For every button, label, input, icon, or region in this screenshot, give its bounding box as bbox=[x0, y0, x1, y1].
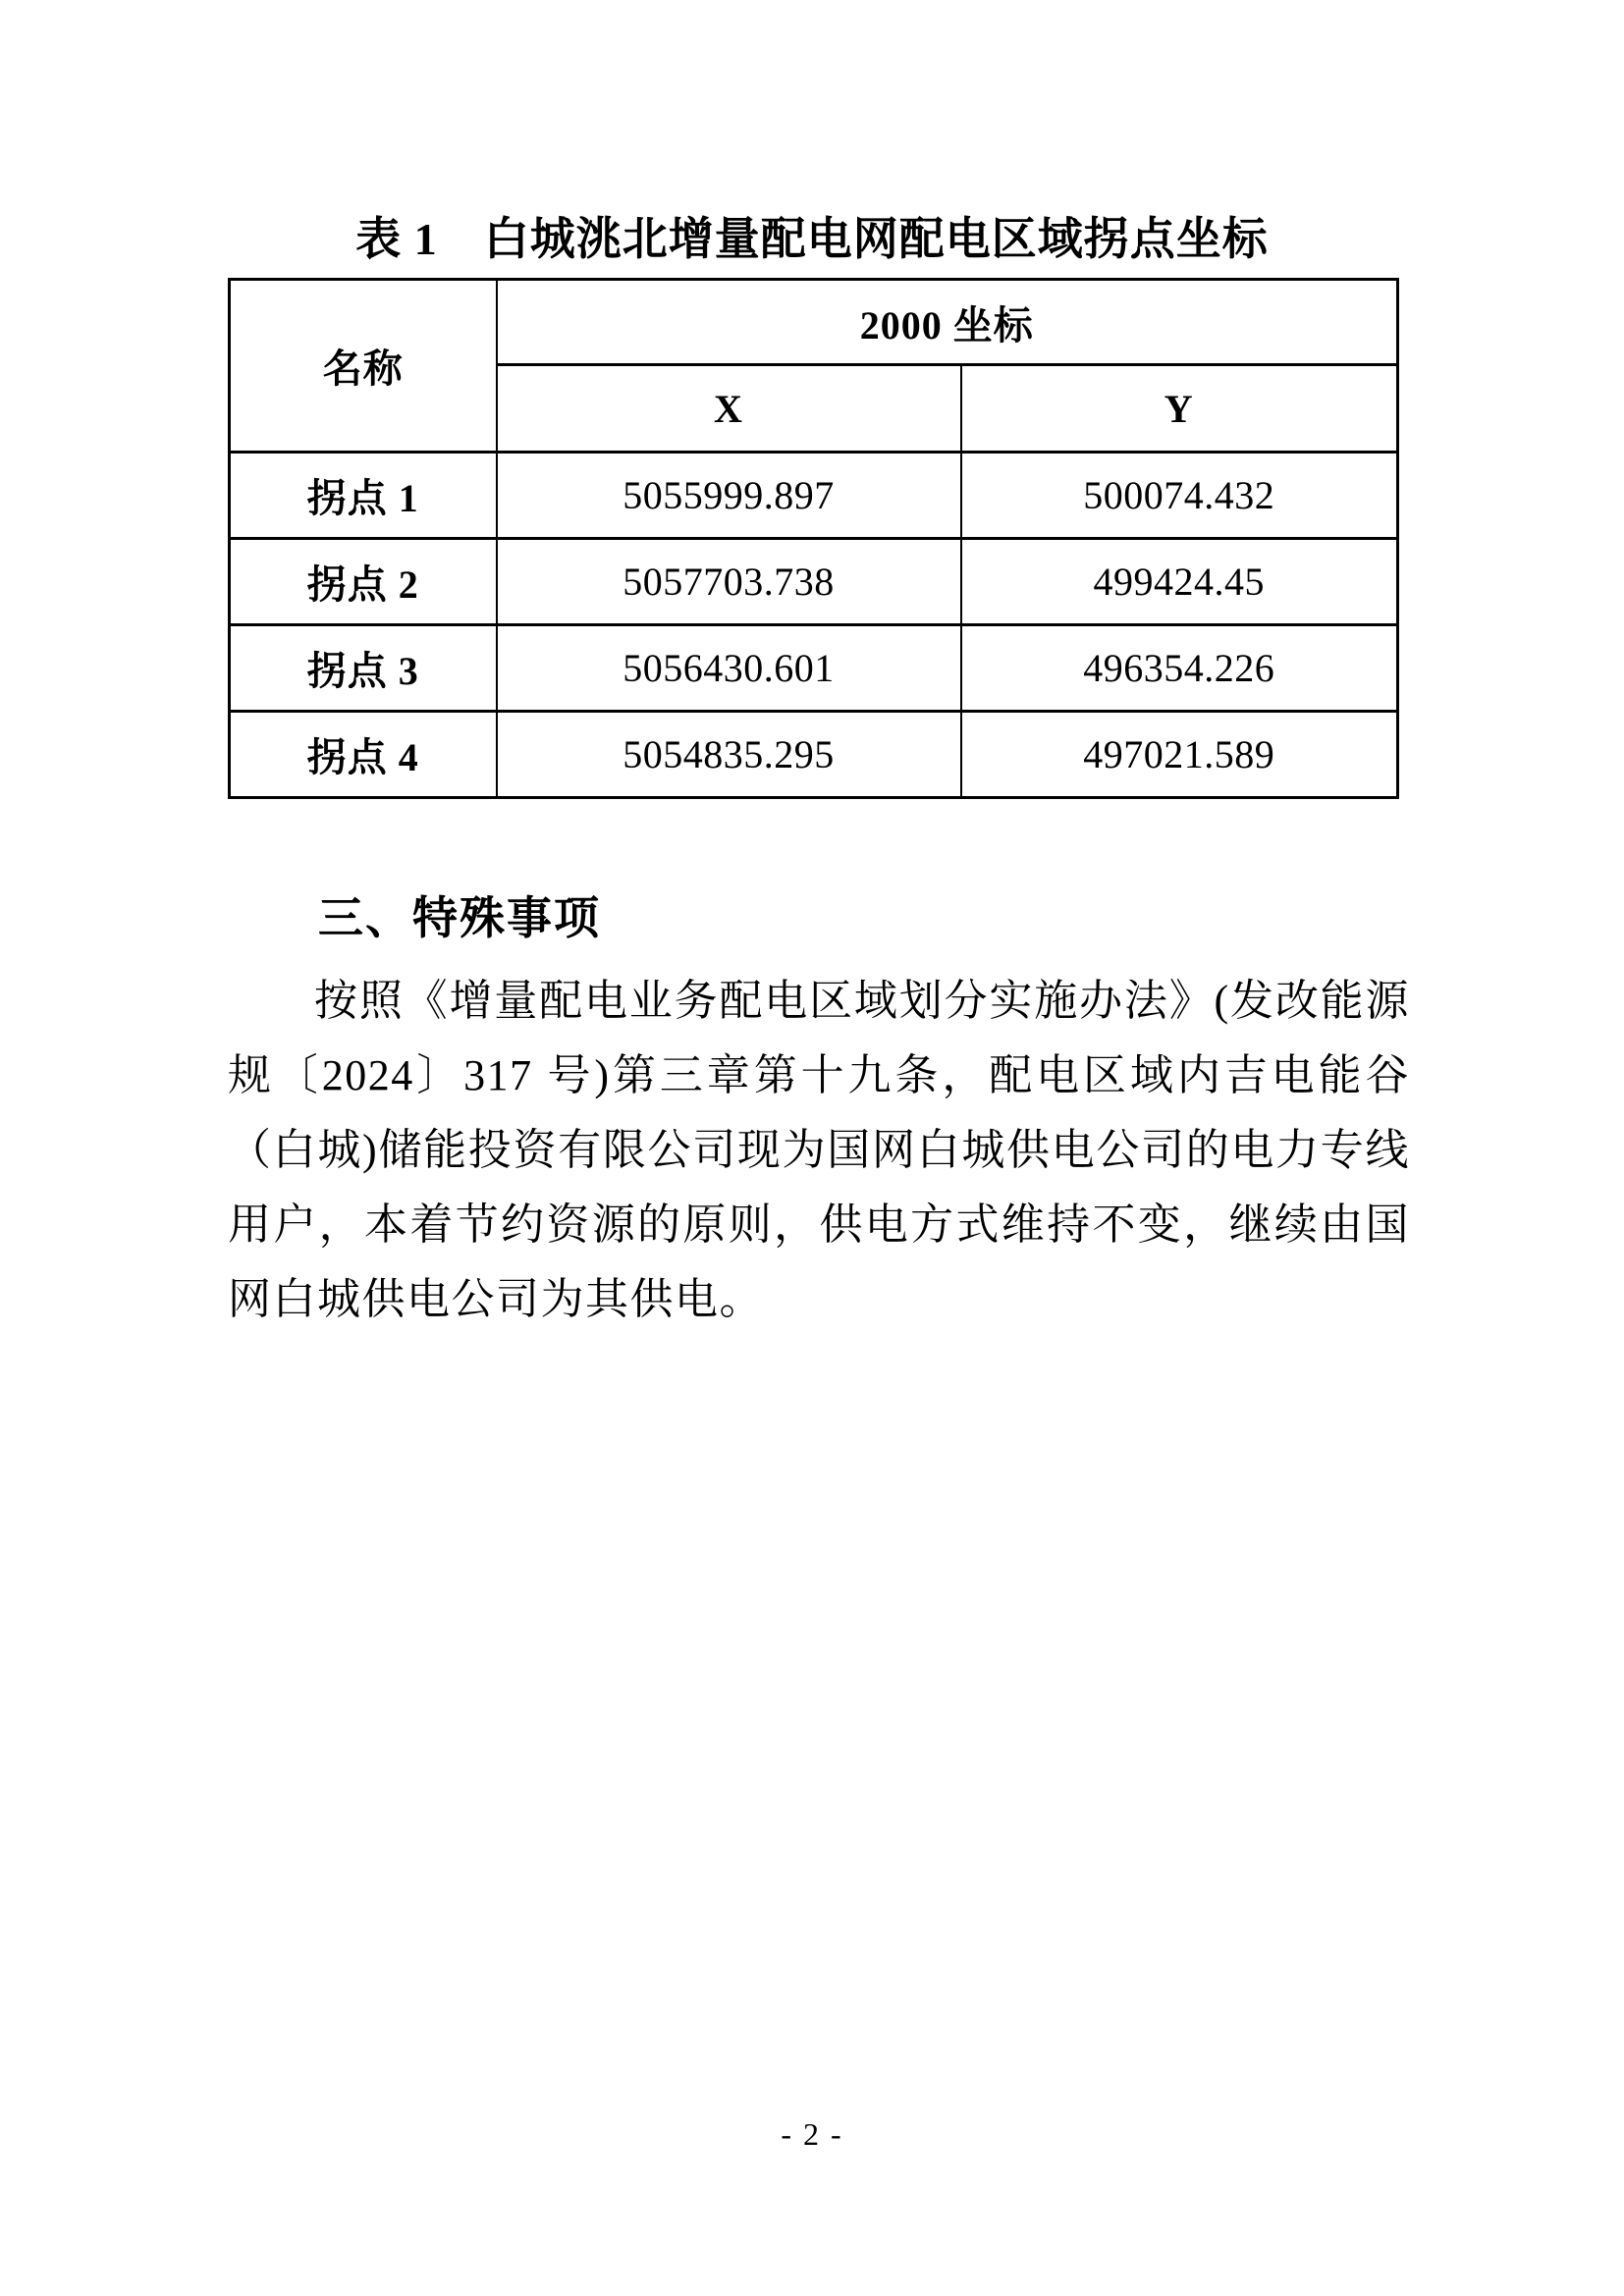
table-caption: 表 1 白城洮北增量配电网配电区域拐点坐标 bbox=[0, 204, 1624, 275]
column-header-x: X bbox=[497, 365, 961, 453]
row-name: 拐点 1 bbox=[230, 453, 497, 539]
table-row: 拐点 3 5056430.601 496354.226 bbox=[230, 625, 1398, 712]
table-header-row-group: 名称 2000 坐标 bbox=[230, 280, 1398, 365]
table-row: 拐点 2 5057703.738 499424.45 bbox=[230, 539, 1398, 625]
row-x-value: 5057703.738 bbox=[497, 539, 961, 625]
row-name: 拐点 3 bbox=[230, 625, 497, 712]
column-header-coord-system: 2000 坐标 bbox=[497, 280, 1398, 365]
row-name: 拐点 2 bbox=[230, 539, 497, 625]
row-y-value: 499424.45 bbox=[961, 539, 1398, 625]
row-y-value: 500074.432 bbox=[961, 453, 1398, 539]
row-x-value: 5054835.295 bbox=[497, 712, 961, 798]
column-header-name: 名称 bbox=[230, 280, 497, 453]
row-name: 拐点 4 bbox=[230, 712, 497, 798]
table-row: 拐点 4 5054835.295 497021.589 bbox=[230, 712, 1398, 798]
section-heading: 三、特殊事项 bbox=[228, 886, 1410, 949]
document-page: 表 1 白城洮北增量配电网配电区域拐点坐标 名称 2000 坐标 X Y 拐点 … bbox=[0, 0, 1624, 2296]
row-x-value: 5055999.897 bbox=[497, 453, 961, 539]
row-y-value: 496354.226 bbox=[961, 625, 1398, 712]
page-number: - 2 - bbox=[0, 2112, 1624, 2156]
table-row: 拐点 1 5055999.897 500074.432 bbox=[230, 453, 1398, 539]
row-y-value: 497021.589 bbox=[961, 712, 1398, 798]
body-paragraph: 按照《增量配电业务配电区域划分实施办法》(发改能源规〔2024〕317 号)第三… bbox=[228, 964, 1410, 1337]
corner-point-coordinates-table: 名称 2000 坐标 X Y 拐点 1 5055999.897 500074.4… bbox=[228, 278, 1399, 799]
row-x-value: 5056430.601 bbox=[497, 625, 961, 712]
column-header-y: Y bbox=[961, 365, 1398, 453]
